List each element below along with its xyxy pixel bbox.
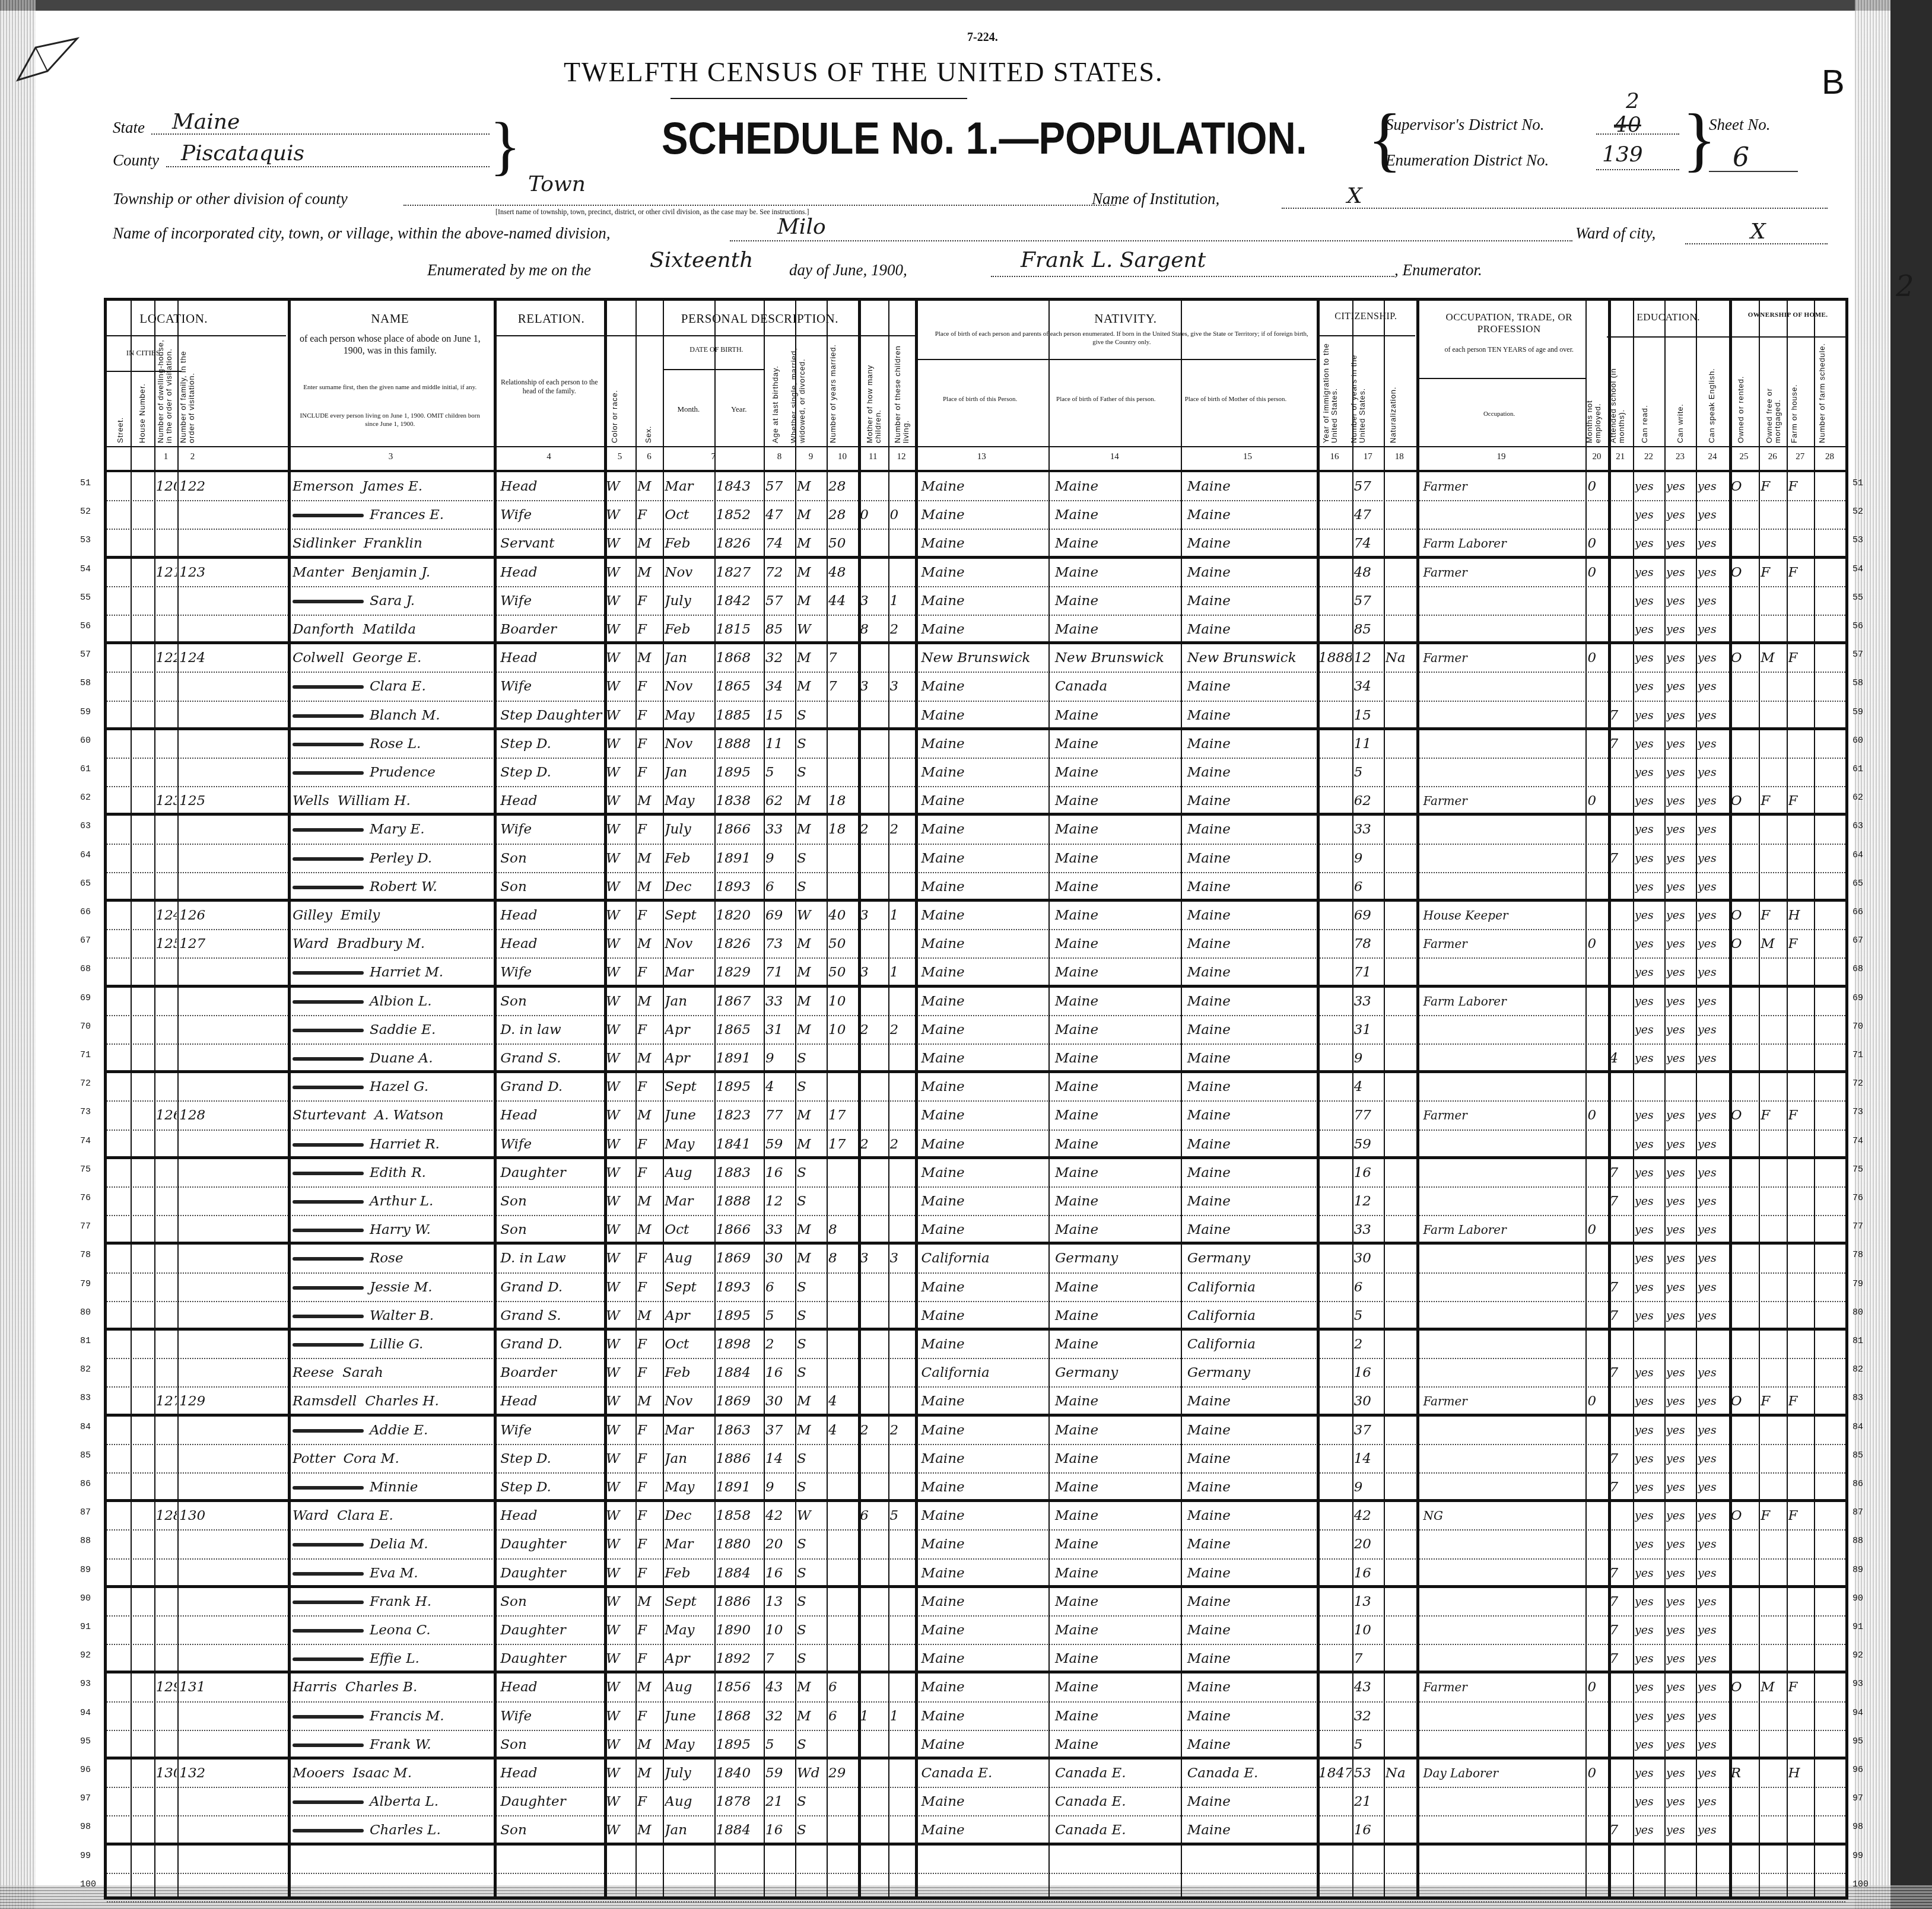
cell-mar: S (797, 1450, 826, 1467)
table-row: Leona C.DaughterWFMay189010SMaineMaineMa… (107, 1617, 1845, 1645)
cell-nat (1386, 1421, 1415, 1439)
cell-mort (1761, 1793, 1785, 1810)
cell-year: 1884 (716, 1821, 764, 1838)
cell-occ (1418, 735, 1590, 752)
cell-read: yes (1635, 1593, 1664, 1610)
cell-bf: Maine (1050, 1049, 1185, 1067)
given-name: Frank H. (370, 1594, 431, 1609)
given-name: Clara E. (337, 1508, 393, 1523)
cell-month: Apr (665, 1049, 713, 1067)
cell-mar: S (797, 1564, 826, 1582)
cell-bf: Maine (1050, 1307, 1185, 1324)
cell-ym (828, 1078, 857, 1095)
cell-sex: M (637, 564, 662, 581)
cell-fam (179, 735, 206, 752)
cell-nat (1386, 1736, 1415, 1753)
header-write: Can write. (1676, 378, 1685, 443)
cell-age: 32 (765, 649, 795, 666)
cell-sex: F (637, 1249, 662, 1267)
cell-name: Perley D. (293, 849, 492, 867)
cell-unemp (1587, 1535, 1607, 1552)
cell-own (1731, 592, 1758, 609)
cell-fam (179, 592, 206, 609)
line-number: 83 (1852, 1393, 1863, 1403)
cell-occ (1418, 963, 1590, 981)
cell-cl (890, 1078, 914, 1095)
cell-age: 77 (765, 1106, 795, 1124)
cell-rel (495, 1850, 608, 1867)
cell-sch (1610, 1335, 1632, 1353)
cell-imm (1318, 1821, 1352, 1838)
cell-fam (179, 1221, 206, 1238)
cell-eng: yes (1698, 592, 1728, 609)
enumerated-day: Sixteenth (650, 248, 753, 272)
header-years-married: Number of years married. (829, 339, 837, 443)
cell-month: Aug (665, 1678, 713, 1695)
cell-yus: 37 (1354, 1421, 1383, 1439)
cell-fam: 125 (179, 792, 206, 809)
cell-yus: 12 (1354, 649, 1383, 666)
line-number: 76 (1852, 1193, 1863, 1203)
cell-name: ReeseSarah (293, 1364, 492, 1381)
ditto-dash-icon (293, 771, 364, 775)
cell-cl: 1 (890, 1707, 914, 1725)
cell-sex: F (637, 621, 662, 638)
cell-sch (1610, 1078, 1632, 1095)
cell-unemp (1587, 1421, 1607, 1439)
cell-year: 1878 (716, 1793, 764, 1810)
brace-district-close: } (1682, 104, 1717, 175)
cell-own (1731, 1879, 1758, 1896)
cell-dw: 130 (156, 1764, 177, 1781)
cell-fam (179, 1278, 206, 1296)
cell-read: yes (1635, 478, 1664, 495)
cell-mar: S (797, 1307, 826, 1324)
cell-ym: 7 (828, 649, 857, 666)
cell-write: yes (1666, 963, 1695, 981)
surname: Reese (293, 1365, 334, 1380)
cell-month: Jan (665, 992, 713, 1010)
cell-cl (890, 1392, 914, 1410)
cell-write: yes (1666, 763, 1695, 781)
cell-month: Mar (665, 1535, 713, 1552)
schedule-title: SCHEDULE No. 1.—POPULATION. (662, 113, 1307, 164)
cell-imm (1318, 1278, 1352, 1296)
cell-unemp (1587, 506, 1607, 523)
cell-unemp: 0 (1587, 792, 1607, 809)
cell-own (1731, 1135, 1758, 1153)
cell-farm: H (1788, 1764, 1813, 1781)
line-number: 63 (80, 821, 91, 831)
cell-imm (1318, 1736, 1352, 1753)
cell-rel: D. in law (495, 1021, 608, 1038)
cell-cl: 1 (890, 963, 914, 981)
line-number: 51 (80, 478, 91, 488)
line-number: 60 (1852, 736, 1863, 746)
cell-yus: 13 (1354, 1593, 1383, 1610)
cell-bp: Maine (917, 935, 1053, 952)
cell-read (1635, 1335, 1664, 1353)
line-number: 91 (80, 1622, 91, 1632)
cell-eng: yes (1698, 735, 1728, 752)
row-separator (107, 1901, 1845, 1902)
header-name: NAME (292, 311, 488, 326)
line-number: 63 (1852, 821, 1863, 831)
line-number: 84 (1852, 1422, 1863, 1432)
cell-year: 1840 (716, 1764, 764, 1781)
cell-year: 1892 (716, 1650, 764, 1667)
cell-occ (1418, 1249, 1590, 1267)
line-number: 62 (1852, 793, 1863, 803)
header-street: Street. (116, 378, 125, 443)
column-rule (288, 301, 291, 1897)
cell-occ: Day Laborer (1418, 1764, 1590, 1781)
cell-farm: F (1788, 1507, 1813, 1524)
cell-sex: F (637, 677, 662, 695)
header-date-of-birth: DATE OF BIRTH. (665, 345, 767, 354)
cell-ch (860, 707, 887, 724)
cell-mar: M (797, 1221, 826, 1238)
table-row: Robert W.SonWMDec18936SMaineMaineMaine6y… (107, 873, 1845, 902)
state-label: State (113, 119, 145, 137)
cell-imm (1318, 1421, 1352, 1439)
column-rule (1585, 301, 1587, 1897)
cell-read: yes (1635, 849, 1664, 867)
cell-bm: Maine (1183, 1678, 1318, 1695)
given-name: Edith R. (370, 1165, 426, 1181)
cell-month: Aug (665, 1249, 713, 1267)
cell-eng: yes (1698, 621, 1728, 638)
cell-fam (179, 1564, 206, 1582)
cell-mort (1761, 1164, 1785, 1181)
cell-year: 1841 (716, 1135, 764, 1153)
cell-bm: California (1183, 1307, 1318, 1324)
cell-ym (828, 878, 857, 895)
table-row: Hazel G.Grand D.WFSept18954SMaineMaineMa… (107, 1073, 1845, 1102)
header-divider (107, 470, 1845, 472)
cell-eng: yes (1698, 677, 1728, 695)
cell-bm: Maine (1183, 1793, 1318, 1810)
given-name: Francis M. (370, 1708, 444, 1724)
cell-bf (1050, 1879, 1185, 1896)
cell-dw (156, 1421, 177, 1439)
line-number: 82 (1852, 1364, 1863, 1375)
header-divider (494, 335, 604, 336)
cell-rel: Daughter (495, 1793, 608, 1810)
cell-name: ColwellGeorge E. (293, 649, 492, 666)
cell-ym (828, 1793, 857, 1810)
header-personal: PERSONAL DESCRIPTION. (611, 311, 910, 326)
cell-ym: 18 (828, 792, 857, 809)
cell-mort (1761, 1421, 1785, 1439)
cell-age: 42 (765, 1507, 795, 1524)
cell-read: yes (1635, 1764, 1664, 1781)
cell-write: yes (1666, 707, 1695, 724)
header-school: Attended school (in months). (1609, 339, 1626, 443)
cell-mar: S (797, 1650, 826, 1667)
ed-label: Enumeration District No. (1386, 151, 1549, 170)
cell-read: yes (1635, 935, 1664, 952)
scan-edge-top (0, 0, 1932, 11)
cell-fam: 126 (179, 906, 206, 924)
cell-bf: Maine (1050, 1078, 1185, 1095)
cell-dw (156, 1478, 177, 1496)
cell-yus: 43 (1354, 1678, 1383, 1695)
cell-eng: yes (1698, 1793, 1728, 1810)
cell-cl (890, 1221, 914, 1238)
line-number: 95 (1852, 1736, 1863, 1746)
cell-ch: 0 (860, 506, 887, 523)
cell-write: yes (1666, 1106, 1695, 1124)
line-number: 58 (80, 678, 91, 688)
cell-write: yes (1666, 1450, 1695, 1467)
cell-month: Dec (665, 1507, 713, 1524)
line-number: 99 (80, 1851, 91, 1861)
cell-occ (1418, 849, 1590, 867)
cell-bm: Maine (1183, 963, 1318, 981)
cell-mort (1761, 1192, 1785, 1210)
cell-farm: F (1788, 792, 1813, 809)
cell-ch (860, 1049, 887, 1067)
cell-bf: Maine (1050, 735, 1185, 752)
header-marital: Whether single, married, widowed, or div… (790, 339, 807, 443)
cell-mar: S (797, 1821, 826, 1838)
given-name: Matilda (363, 622, 416, 637)
cell-ym (828, 1278, 857, 1296)
cell-ch (860, 564, 887, 581)
cell-nat (1386, 1335, 1415, 1353)
cell-unemp (1587, 1478, 1607, 1496)
cell-yus: 33 (1354, 820, 1383, 838)
cell-month (665, 1850, 713, 1867)
cell-age: 32 (765, 1707, 795, 1725)
cell-nat (1386, 1621, 1415, 1638)
cell-imm (1318, 1678, 1352, 1695)
ditto-dash-icon (293, 1257, 364, 1261)
cell-age: 9 (765, 1478, 795, 1496)
cell-bp: Maine (917, 1450, 1053, 1467)
cell-bf: Maine (1050, 1106, 1185, 1124)
ward-label: Ward of city, (1575, 224, 1655, 243)
cell-bm: Maine (1183, 506, 1318, 523)
cell-bf: Maine (1050, 1335, 1185, 1353)
cell-fam (179, 1707, 206, 1725)
cell-month: Feb (665, 621, 713, 638)
cell-cl (890, 1364, 914, 1381)
cell-age: 74 (765, 534, 795, 552)
cell-occ (1418, 1335, 1590, 1353)
column-rule (1416, 301, 1419, 1897)
table-row (107, 1874, 1845, 1902)
cell-sex: F (637, 707, 662, 724)
given-name: Rose L. (370, 736, 421, 752)
cell-eng: yes (1698, 1764, 1728, 1781)
header-read: Can read. (1641, 378, 1649, 443)
cell-name: MooersIsaac M. (293, 1764, 492, 1781)
table-row: Charles L.SonWMJan188416SMaineCanada E.M… (107, 1816, 1845, 1845)
cell-age: 30 (765, 1249, 795, 1267)
cell-unemp (1587, 1707, 1607, 1725)
cell-year: 1885 (716, 707, 764, 724)
given-name: Blanch M. (370, 708, 440, 723)
cell-nat (1386, 677, 1415, 695)
cell-nat (1386, 1364, 1415, 1381)
cell-yus: 9 (1354, 1478, 1383, 1496)
cell-bp: Maine (917, 534, 1053, 552)
cell-fam (179, 1364, 206, 1381)
cell-eng: yes (1698, 1593, 1728, 1610)
cell-mort (1761, 677, 1785, 695)
cell-nat (1386, 1564, 1415, 1582)
cell-ym: 6 (828, 1707, 857, 1725)
cell-eng: yes (1698, 1106, 1728, 1124)
cell-read: yes (1635, 1135, 1664, 1153)
cell-ch (860, 1821, 887, 1838)
cell-unemp (1587, 1049, 1607, 1067)
cell-mort (1761, 592, 1785, 609)
cell-yus: 85 (1354, 621, 1383, 638)
cell-mort (1761, 1879, 1785, 1896)
cell-dw (156, 1364, 177, 1381)
surname: Emerson (293, 479, 354, 494)
cell-bp: Maine (917, 1135, 1053, 1153)
cell-sch: 7 (1610, 1164, 1632, 1181)
ditto-dash-icon (293, 1029, 364, 1032)
cell-farm (1788, 963, 1813, 981)
cell-nat (1386, 992, 1415, 1010)
cell-dw: 128 (156, 1507, 177, 1524)
cell-dw (156, 963, 177, 981)
cell-eng: yes (1698, 478, 1728, 495)
cell-write: yes (1666, 1593, 1695, 1610)
cell-bf: Maine (1050, 792, 1185, 809)
cell-farm: H (1788, 906, 1813, 924)
cell-sex: F (637, 1450, 662, 1467)
line-number: 68 (80, 964, 91, 974)
cell-bp: Maine (917, 1678, 1053, 1695)
cell-fam (179, 506, 206, 523)
cell-mar: S (797, 1278, 826, 1296)
cell-bm: Maine (1183, 592, 1318, 609)
cell-ch: 3 (860, 677, 887, 695)
cell-name: HarrisCharles B. (293, 1678, 492, 1695)
table-row: SturtevantA. Watson126128HeadWMJune18237… (107, 1102, 1845, 1130)
cell-fam (179, 763, 206, 781)
cell-mort (1761, 1221, 1785, 1238)
cell-age: 10 (765, 1621, 795, 1638)
cell-bf: Maine (1050, 1678, 1185, 1695)
line-number: 67 (1852, 936, 1863, 946)
cell-ym: 4 (828, 1392, 857, 1410)
line-number: 91 (1852, 1622, 1863, 1632)
line-number: 57 (1852, 650, 1863, 660)
cell-month: May (665, 1621, 713, 1638)
column-number: 21 (1608, 452, 1633, 462)
column-rule (494, 301, 497, 1897)
city-line (730, 240, 1572, 241)
given-name: Hazel G. (370, 1079, 428, 1095)
cell-bf: New Brunswick (1050, 649, 1185, 666)
table-row: Lillie G.Grand D.WFOct18982SMaineMaineCa… (107, 1331, 1845, 1359)
cell-own (1731, 963, 1758, 981)
cell-ch: 6 (860, 1507, 887, 1524)
table-row: Albion L.SonWMJan186733M10MaineMaineMain… (107, 988, 1845, 1016)
line-number: 58 (1852, 678, 1863, 688)
cell-bf: Maine (1050, 992, 1185, 1010)
cell-farm: F (1788, 1106, 1813, 1124)
cell-bf: Maine (1050, 1221, 1185, 1238)
cell-ch (860, 1564, 887, 1582)
cell-cl (890, 1564, 914, 1582)
cell-bf: Maine (1050, 878, 1185, 895)
cell-name: Arthur L. (293, 1192, 492, 1210)
cell-month: Nov (665, 1392, 713, 1410)
cell-read (1635, 1850, 1664, 1867)
cell-year: 1856 (716, 1678, 764, 1695)
cell-month: Aug (665, 1164, 713, 1181)
given-name: Harriet R. (370, 1137, 440, 1152)
cell-month: May (665, 1478, 713, 1496)
cell-dw (156, 534, 177, 552)
cell-sch (1610, 1507, 1632, 1524)
cell-nat (1386, 534, 1415, 552)
cell-dw: 127 (156, 1392, 177, 1410)
cell-unemp: 0 (1587, 935, 1607, 952)
cell-own (1731, 1421, 1758, 1439)
cell-dw (156, 1535, 177, 1552)
cell-fam (179, 1164, 206, 1181)
cell-eng: yes (1698, 878, 1728, 895)
county-value: Piscataquis (181, 141, 304, 166)
cell-bf: Maine (1050, 763, 1185, 781)
cell-color: W (606, 1221, 635, 1238)
cell-age: 12 (765, 1192, 795, 1210)
line-number: 62 (80, 793, 91, 803)
cell-occ: Farmer (1418, 935, 1590, 952)
cell-occ (1418, 1049, 1590, 1067)
cell-ch (860, 1164, 887, 1181)
cell-bm: New Brunswick (1183, 649, 1318, 666)
cell-mort (1761, 621, 1785, 638)
cell-read: yes (1635, 1535, 1664, 1552)
cell-fam (179, 707, 206, 724)
cell-read: yes (1635, 621, 1664, 638)
cell-read: yes (1635, 1221, 1664, 1238)
column-number: 27 (1787, 452, 1814, 462)
table-row: Perley D.SonWMFeb18919SMaineMaineMaine97… (107, 845, 1845, 873)
cell-bf: Maine (1050, 849, 1185, 867)
cell-ch: 3 (860, 906, 887, 924)
cell-bm: Maine (1183, 1507, 1318, 1524)
cell-eng: yes (1698, 1707, 1728, 1725)
given-name: Robert W. (370, 879, 437, 895)
cell-age: 5 (765, 1736, 795, 1753)
cell-farm (1788, 1879, 1813, 1896)
cell-write: yes (1666, 1249, 1695, 1267)
cell-sch (1610, 1879, 1632, 1896)
cell-read: yes (1635, 1507, 1664, 1524)
cell-unemp: 0 (1587, 1392, 1607, 1410)
ditto-dash-icon (293, 828, 364, 832)
given-name: Effie L. (370, 1651, 420, 1666)
cell-unemp (1587, 878, 1607, 895)
cell-unemp: 0 (1587, 564, 1607, 581)
cell-mar: S (797, 1164, 826, 1181)
column-number: 7 (663, 452, 764, 462)
cell-yus: 30 (1354, 1392, 1383, 1410)
cell-own (1731, 1249, 1758, 1267)
given-name: Lillie G. (370, 1337, 423, 1352)
